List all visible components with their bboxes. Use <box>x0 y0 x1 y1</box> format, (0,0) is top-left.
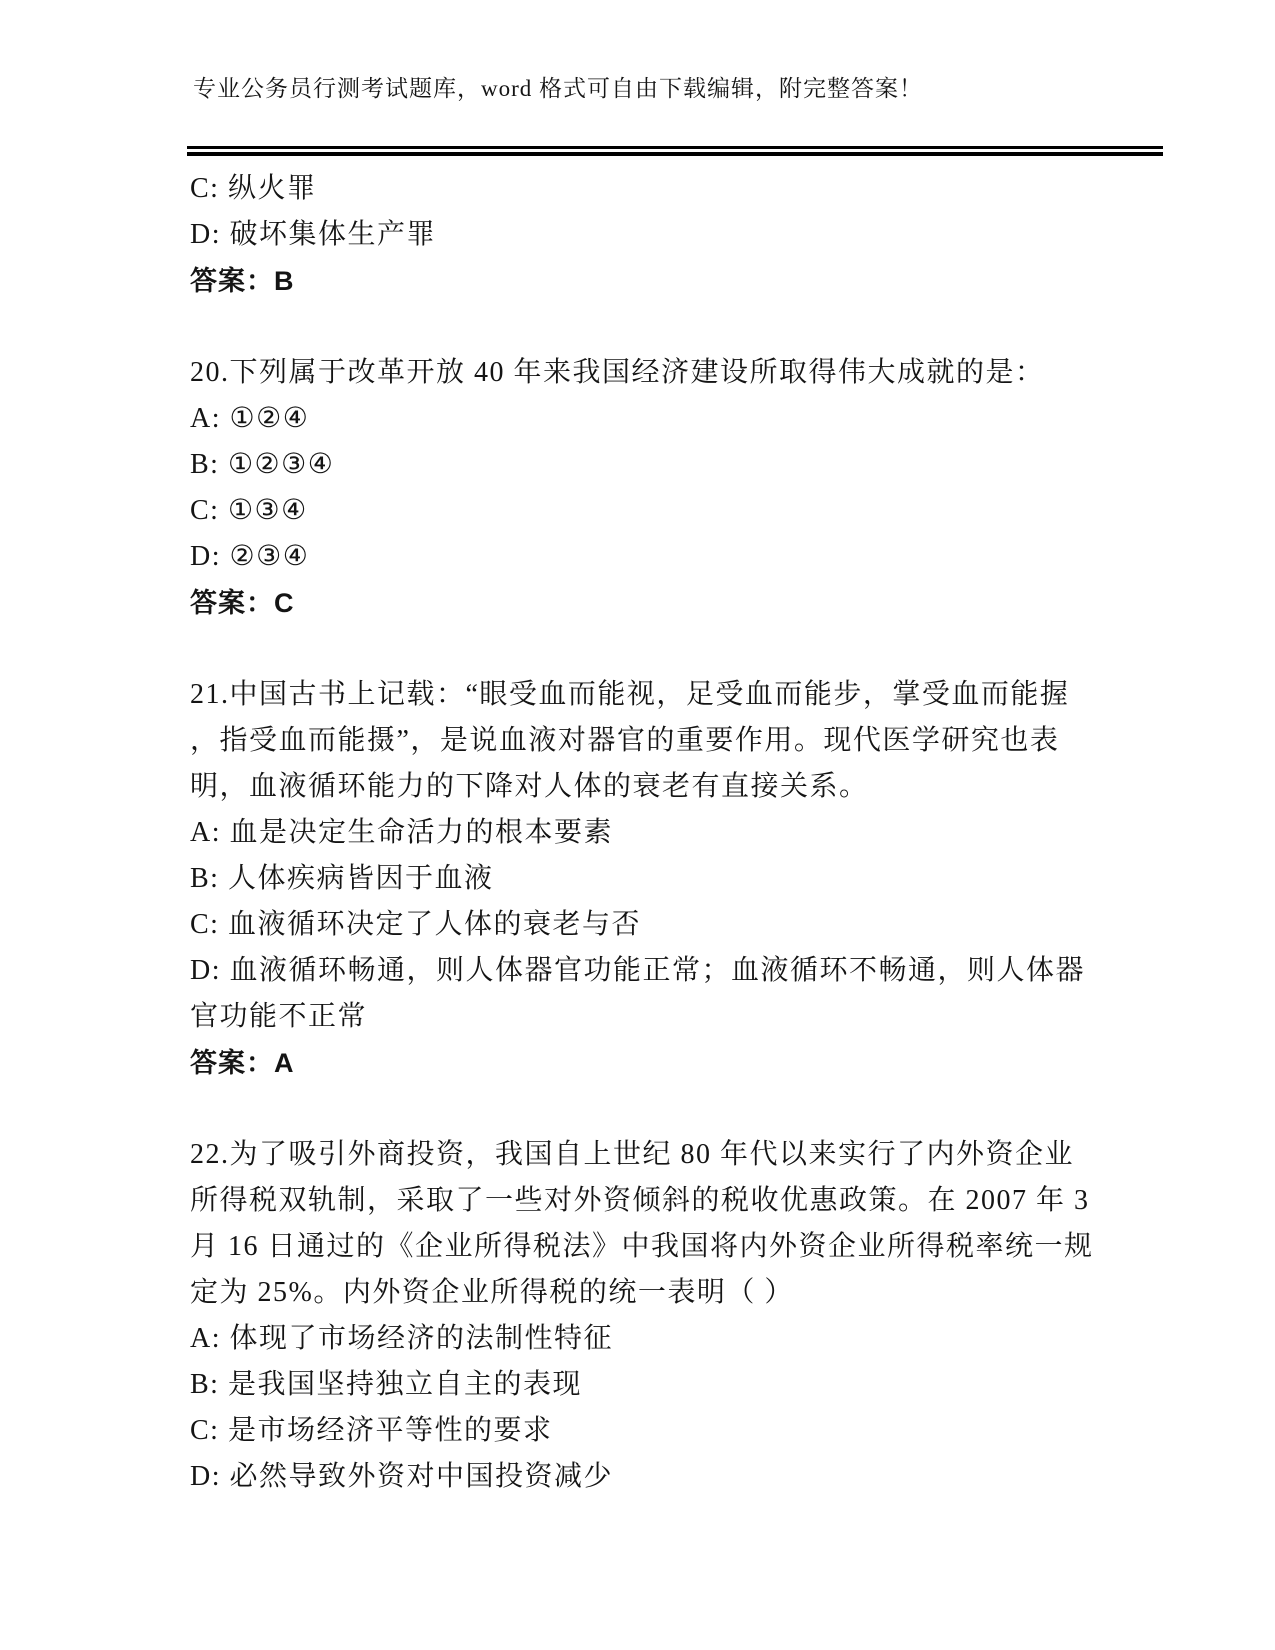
option-line: B: 人体疾病皆因于血液 <box>190 856 1175 902</box>
option-line: 官功能不正常 <box>190 994 1175 1040</box>
option-line: D: 血液循环畅通，则人体器官功能正常；血液循环不畅通，则人体器 <box>190 948 1175 994</box>
question-stem-line: ，指受血而能摄”，是说血液对器官的重要作用。现代医学研究也表 <box>190 718 1175 764</box>
question: 20.下列属于改革开放 40 年来我国经济建设所取得伟大成就的是：A: ①②④B… <box>190 350 1175 626</box>
option-line: C: 血液循环决定了人体的衰老与否 <box>190 902 1175 948</box>
question-stem-line: 定为 25%。内外资企业所得税的统一表明（ ） <box>190 1270 1175 1316</box>
question-tail: C: 纵火罪D: 破坏集体生产罪答案：B <box>190 166 1175 304</box>
option-line: C: 纵火罪 <box>190 166 1175 212</box>
question: 22.为了吸引外商投资，我国自上世纪 80 年代以来实行了内外资企业所得税双轨制… <box>190 1132 1175 1500</box>
document-page: 专业公务员行测考试题库，word 格式可自由下载编辑，附完整答案！ C: 纵火罪… <box>0 0 1275 1650</box>
answer-line: 答案：B <box>190 258 1175 304</box>
option-line: B: ①②③④ <box>190 442 1175 488</box>
option-line: A: 血是决定生命活力的根本要素 <box>190 810 1175 856</box>
option-line: A: ①②④ <box>190 396 1175 442</box>
question-stem-line: 20.下列属于改革开放 40 年来我国经济建设所取得伟大成就的是： <box>190 350 1175 396</box>
header-divider-rule <box>187 146 1163 156</box>
document-body: C: 纵火罪D: 破坏集体生产罪答案：B20.下列属于改革开放 40 年来我国经… <box>190 166 1175 1500</box>
question-stem-line: 月 16 日通过的《企业所得税法》中我国将内外资企业所得税率统一规 <box>190 1224 1175 1270</box>
question-stem-line: 所得税双轨制，采取了一些对外资倾斜的税收优惠政策。在 2007 年 3 <box>190 1178 1175 1224</box>
page-header-text: 专业公务员行测考试题库，word 格式可自由下载编辑，附完整答案！ <box>193 74 923 104</box>
answer-line: 答案：C <box>190 580 1175 626</box>
option-line: B: 是我国坚持独立自主的表现 <box>190 1362 1175 1408</box>
option-line: D: ②③④ <box>190 534 1175 580</box>
question: 21.中国古书上记载：“眼受血而能视，足受血而能步，掌受血而能握，指受血而能摄”… <box>190 672 1175 1086</box>
option-line: D: 破坏集体生产罪 <box>190 212 1175 258</box>
option-line: C: ①③④ <box>190 488 1175 534</box>
answer-line: 答案：A <box>190 1040 1175 1086</box>
option-line: A: 体现了市场经济的法制性特征 <box>190 1316 1175 1362</box>
question-stem-line: 明，血液循环能力的下降对人体的衰老有直接关系。 <box>190 764 1175 810</box>
option-line: C: 是市场经济平等性的要求 <box>190 1408 1175 1454</box>
question-stem-line: 22.为了吸引外商投资，我国自上世纪 80 年代以来实行了内外资企业 <box>190 1132 1175 1178</box>
question-stem-line: 21.中国古书上记载：“眼受血而能视，足受血而能步，掌受血而能握 <box>190 672 1175 718</box>
option-line: D: 必然导致外资对中国投资减少 <box>190 1454 1175 1500</box>
